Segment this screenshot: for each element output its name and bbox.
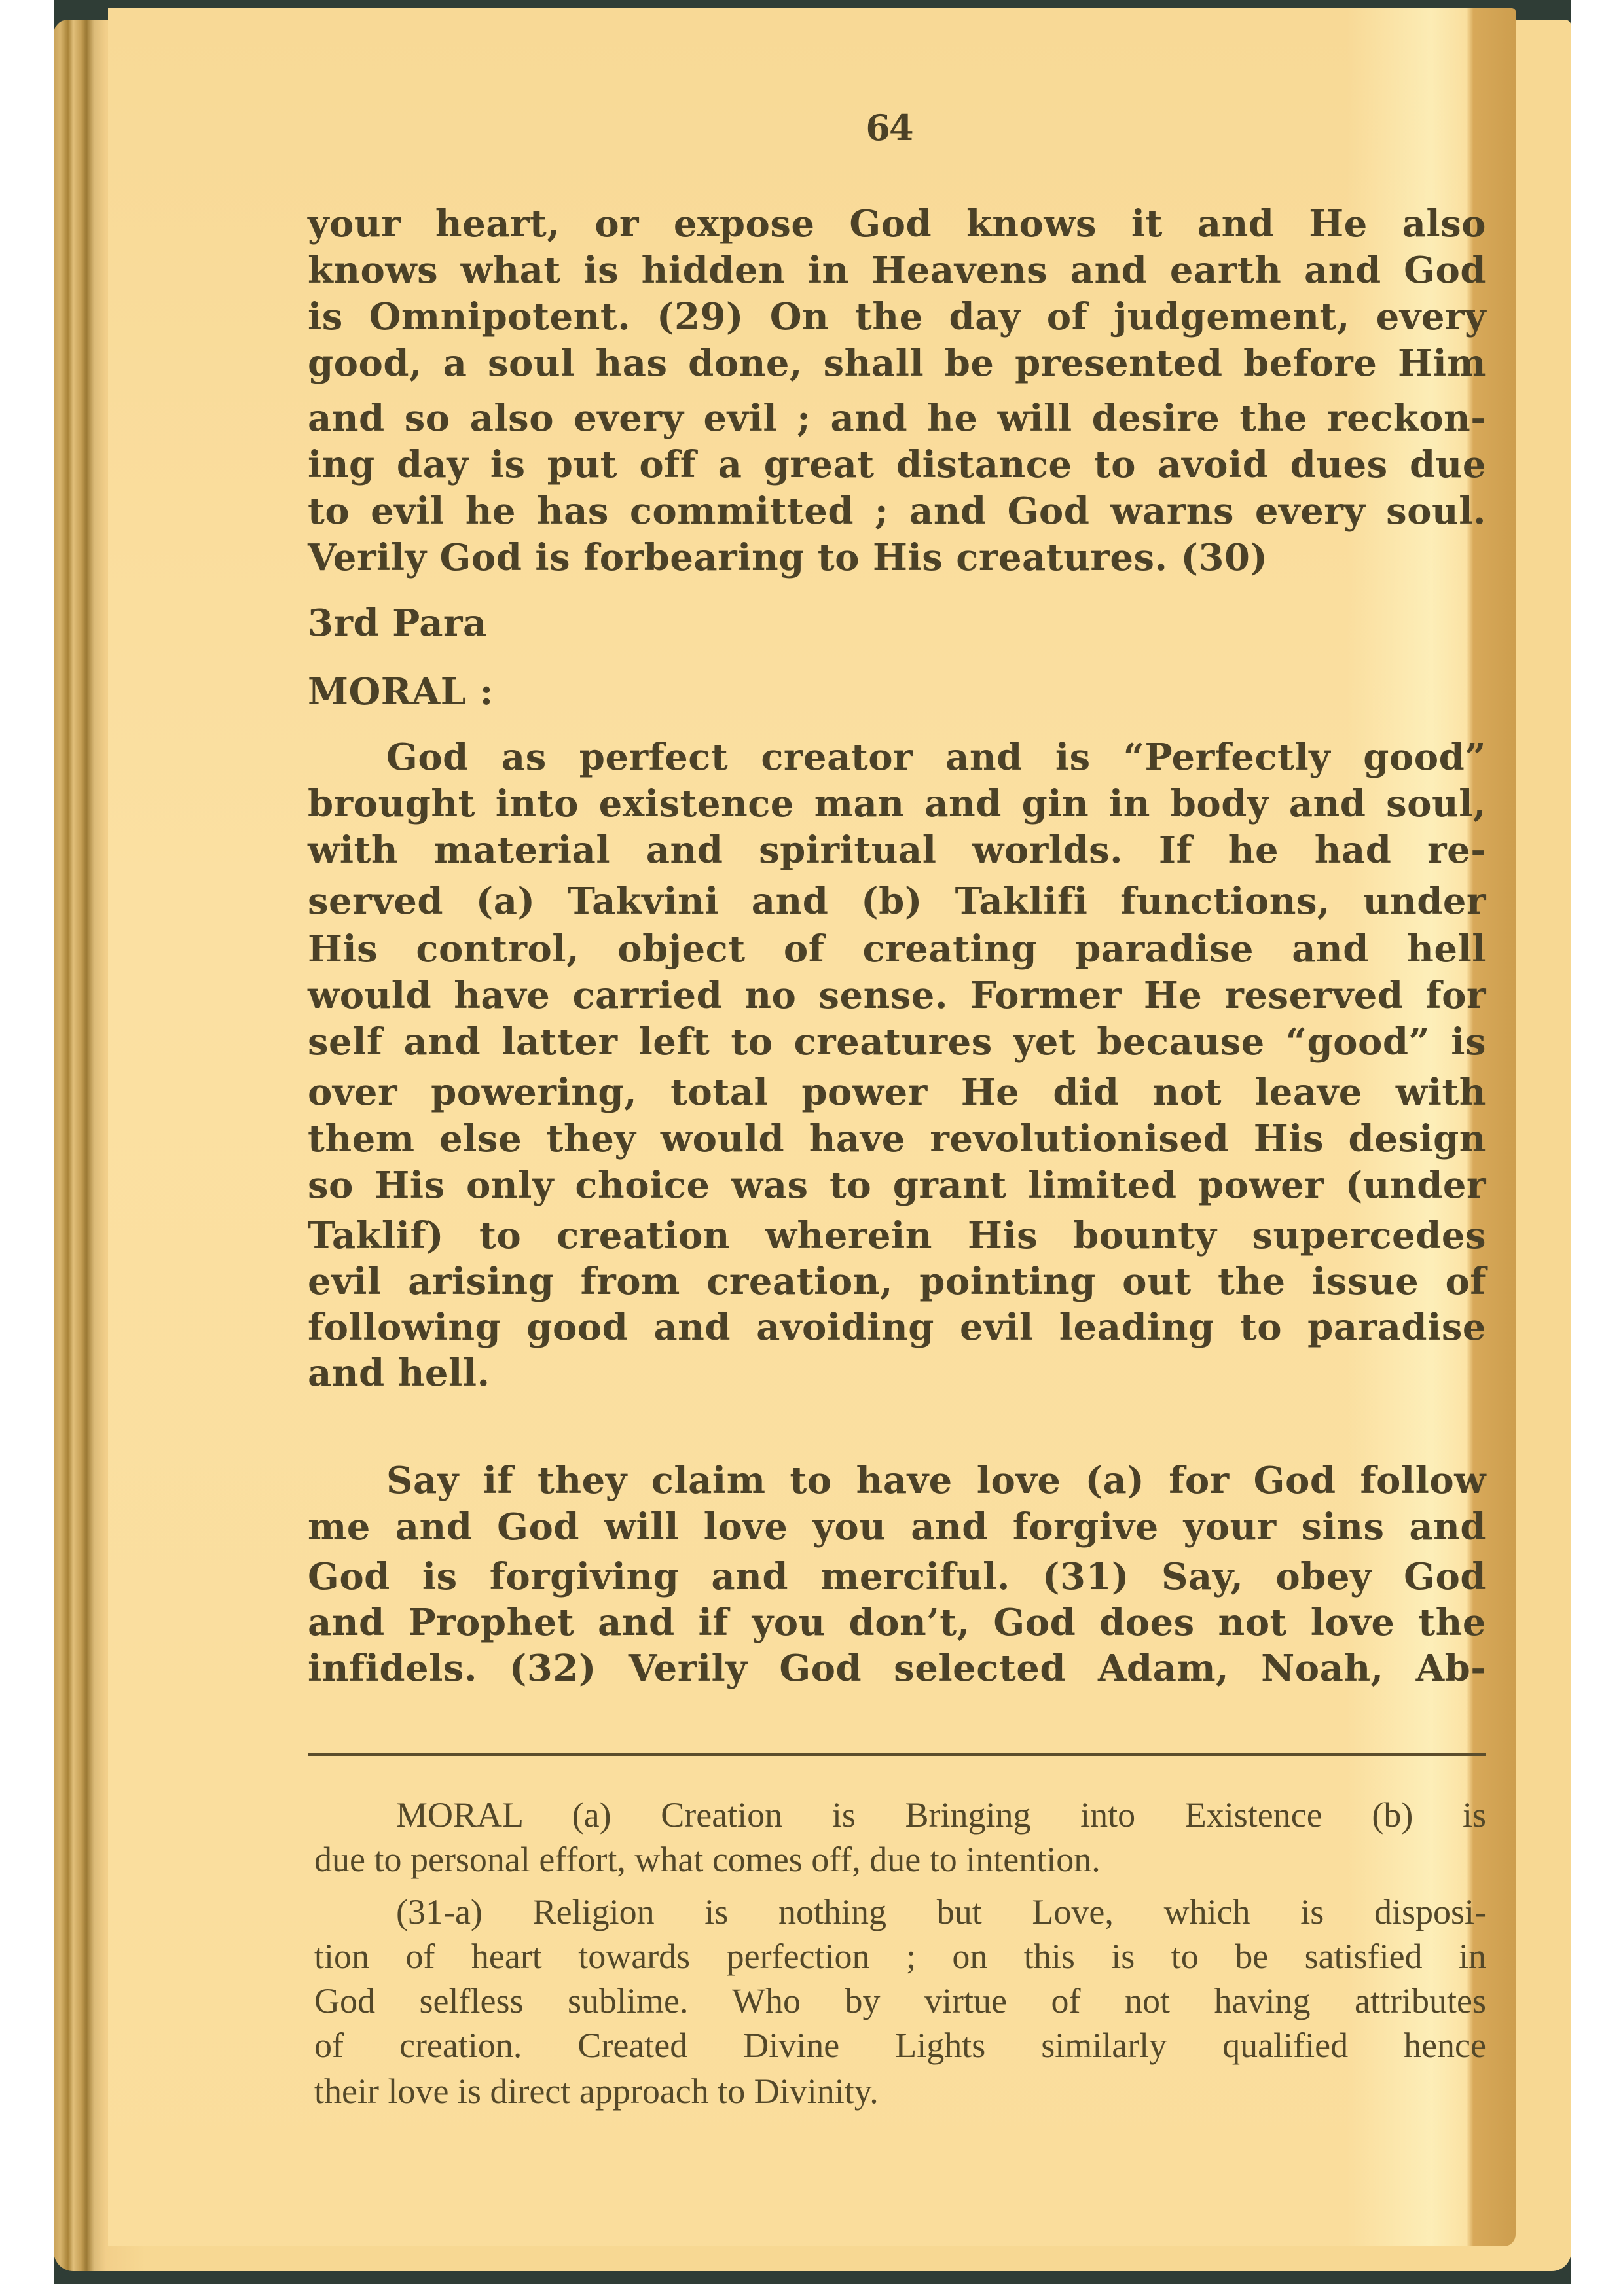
page-number: 64	[863, 107, 915, 149]
moral-heading: MORAL :	[308, 671, 1486, 713]
text-line: good, a soul has done, shall be presente…	[308, 342, 1486, 384]
text-line: would have carried no sense. Former He r…	[308, 975, 1486, 1016]
footnote-line: due to personal effort, what comes off, …	[314, 1839, 1486, 1880]
text-line: Verily God is forbearing to His creature…	[308, 537, 1486, 579]
text-line: to evil he has committed ; and God warns…	[308, 490, 1486, 532]
text-line: His control, object of creating paradise…	[308, 928, 1486, 970]
footnote-divider	[308, 1753, 1486, 1756]
text-line: self and latter left to creatures yet be…	[308, 1021, 1486, 1063]
text-line: God as perfect creator and is “Perfectly…	[386, 736, 1486, 778]
text-line: evil arising from creation, pointing out…	[308, 1261, 1486, 1302]
footnote-line: of creation. Created Divine Lights simil…	[314, 2025, 1486, 2066]
text-line: God is forgiving and merciful. (31) Say,…	[308, 1556, 1486, 1598]
section-label: 3rd Para	[308, 602, 1486, 644]
text-line: me and God will love you and forgive you…	[308, 1506, 1486, 1548]
footnote-line: tion of heart towards perfection ; on th…	[314, 1936, 1486, 1977]
text-line: with material and spiritual worlds. If h…	[308, 829, 1486, 871]
footnote-line: their love is direct approach to Divinit…	[314, 2071, 1486, 2111]
text-line: over powering, total power He did not le…	[308, 1071, 1486, 1113]
text-line: and Prophet and if you don’t, God does n…	[308, 1602, 1486, 1643]
footnote-line: MORAL (a) Creation is Bringing into Exis…	[396, 1795, 1486, 1835]
text-line: knows what is hidden in Heavens and eart…	[308, 249, 1486, 291]
footnote-line: God selfless sublime. Who by virtue of n…	[314, 1981, 1486, 2021]
text-line: so His only choice was to grant limited …	[308, 1164, 1486, 1206]
text-line: brought into existence man and gin in bo…	[308, 783, 1486, 825]
text-line: is Omnipotent. (29) On the day of judgem…	[308, 296, 1486, 338]
text-line: and hell.	[308, 1352, 1486, 1394]
text-line: and so also every evil ; and he will des…	[308, 397, 1486, 439]
text-line: served (a) Takvini and (b) Taklifi funct…	[308, 880, 1486, 922]
text-line: Say if they claim to have love (a) for G…	[386, 1460, 1486, 1501]
text-line: following good and avoiding evil leading…	[308, 1306, 1486, 1348]
text-line: ing day is put off a great distance to a…	[308, 444, 1486, 486]
text-line: Taklif) to creation wherein His bounty s…	[308, 1215, 1486, 1257]
footnote-line: (31-a) Religion is nothing but Love, whi…	[396, 1892, 1486, 1932]
text-line: infidels. (32) Verily God selected Adam,…	[308, 1647, 1486, 1689]
text-line: them else they would have revolutionised…	[308, 1118, 1486, 1160]
text-line: your heart, or expose God knows it and H…	[308, 203, 1486, 245]
